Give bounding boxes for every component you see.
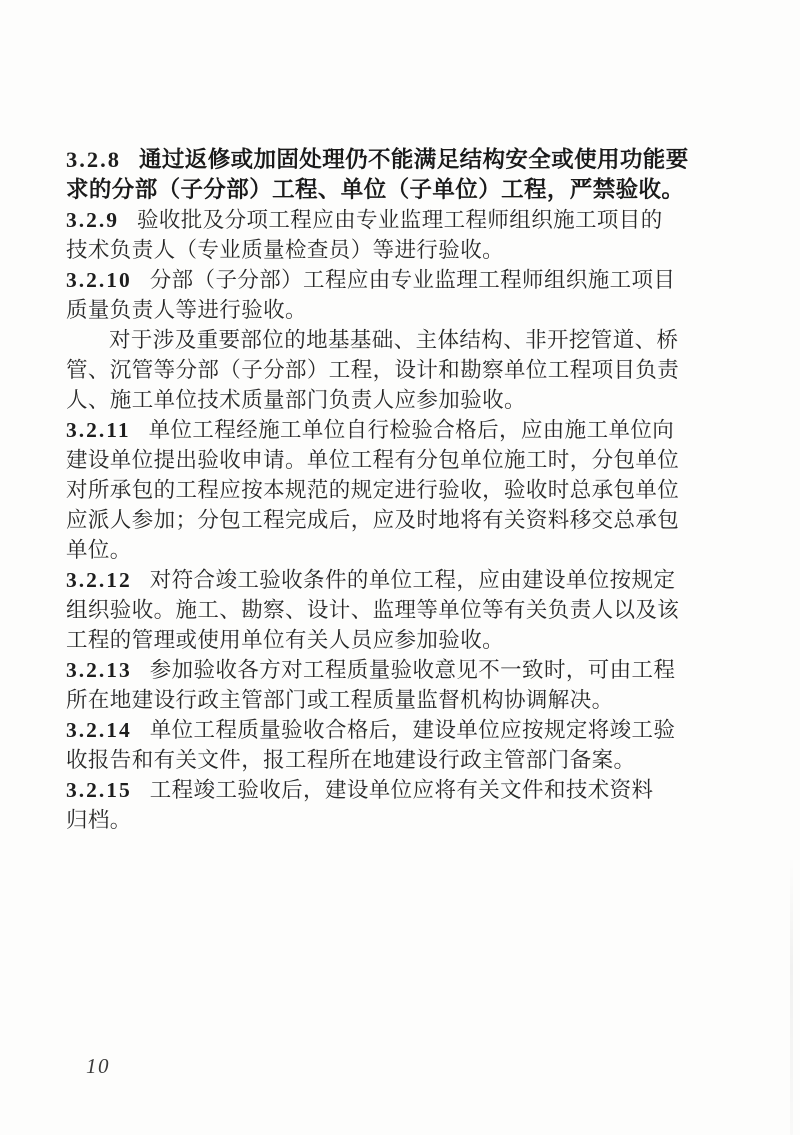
clause-3-2-8-line-2: 求的分部（子分部）工程、单位（子单位）工程，严禁验收。: [66, 175, 650, 205]
clause-text: 组织验收。施工、勘察、设计、监理等单位等有关负责人以及该: [66, 598, 679, 622]
clause-number: 3.2.14: [66, 718, 132, 742]
clause-text: 验收批及分项工程应由专业监理工程师组织施工项目的: [137, 208, 663, 232]
clause-3-2-15-line-1: 3.2.15工程竣工验收后，建设单位应将有关文件和技术资料: [66, 775, 650, 805]
note-paragraph-line-3: 人、施工单位技术质量部门负责人应参加验收。: [66, 385, 650, 415]
clause-text: 单位工程质量验收合格后，建设单位应按规定将竣工验: [150, 718, 676, 742]
clause-text: 参加验收各方对工程质量验收意见不一致时，可由工程: [150, 658, 676, 682]
clause-text: 建设单位提出验收申请。单位工程有分包单位施工时，分包单位: [66, 448, 679, 472]
clause-3-2-11-line-3: 对所承包的工程应按本规范的规定进行验收，验收时总承包单位: [66, 475, 650, 505]
page-number: 10: [86, 1053, 110, 1079]
clause-text: 人、施工单位技术质量部门负责人应参加验收。: [66, 388, 526, 412]
clause-3-2-11-line-4: 应派人参加；分包工程完成后，应及时地将有关资料移交总承包: [66, 505, 650, 535]
clause-3-2-9-line-1: 3.2.9验收批及分项工程应由专业监理工程师组织施工项目的: [66, 205, 650, 235]
note-paragraph-line-2: 管、沉管等分部（子分部）工程，设计和勘察单位工程项目负责: [66, 355, 650, 385]
clause-3-2-11-line-1: 3.2.11单位工程经施工单位自行检验合格后，应由施工单位向: [66, 415, 650, 445]
scan-artifact: [790, 855, 793, 1135]
clause-text: 质量负责人等进行验收。: [66, 298, 307, 322]
clause-text: 应派人参加；分包工程完成后，应及时地将有关资料移交总承包: [66, 508, 679, 532]
clause-3-2-13-line-2: 所在地建设行政主管部门或工程质量监督机构协调解决。: [66, 685, 650, 715]
clause-3-2-11-line-5: 单位。: [66, 535, 650, 565]
clause-text: 工程的管理或使用单位有关人员应参加验收。: [66, 628, 504, 652]
clause-text: 收报告和有关文件，报工程所在地建设行政主管部门备案。: [66, 748, 635, 772]
clause-number: 3.2.15: [66, 778, 132, 802]
clause-text: 所在地建设行政主管部门或工程质量监督机构协调解决。: [66, 688, 614, 712]
clause-3-2-14-line-1: 3.2.14单位工程质量验收合格后，建设单位应按规定将竣工验: [66, 715, 650, 745]
clause-text: 对于涉及重要部位的地基基础、主体结构、非开挖管道、桥: [109, 328, 678, 352]
clause-number: 3.2.13: [66, 658, 132, 682]
clause-text: 单位工程经施工单位自行检验合格后，应由施工单位向: [149, 418, 675, 442]
clause-text: 分部（子分部）工程应由专业监理工程师组织施工项目: [150, 268, 676, 292]
clause-text: 对所承包的工程应按本规范的规定进行验收，验收时总承包单位: [66, 478, 679, 502]
clause-3-2-12-line-1: 3.2.12对符合竣工验收条件的单位工程，应由建设单位按规定: [66, 565, 650, 595]
clause-3-2-14-line-2: 收报告和有关文件，报工程所在地建设行政主管部门备案。: [66, 745, 650, 775]
note-paragraph-line-1: 对于涉及重要部位的地基基础、主体结构、非开挖管道、桥: [66, 325, 650, 355]
clause-3-2-13-line-1: 3.2.13参加验收各方对工程质量验收意见不一致时，可由工程: [66, 655, 650, 685]
clause-3-2-12-line-2: 组织验收。施工、勘察、设计、监理等单位等有关负责人以及该: [66, 595, 650, 625]
clause-text: 通过返修或加固处理仍不能满足结构安全或使用功能要: [139, 147, 689, 172]
clause-text: 对符合竣工验收条件的单位工程，应由建设单位按规定: [150, 568, 676, 592]
clause-3-2-10-line-2: 质量负责人等进行验收。: [66, 295, 650, 325]
clause-text: 技术负责人（专业质量检查员）等进行验收。: [66, 238, 504, 262]
clause-number: 3.2.10: [66, 268, 132, 292]
clause-text: 工程竣工验收后，建设单位应将有关文件和技术资料: [150, 778, 654, 802]
clause-text: 单位。: [66, 538, 132, 562]
clause-3-2-10-line-1: 3.2.10分部（子分部）工程应由专业监理工程师组织施工项目: [66, 265, 650, 295]
clause-3-2-15-line-2: 归档。: [66, 805, 650, 835]
clause-number: 3.2.8: [66, 147, 121, 172]
clause-text-block: 3.2.8通过返修或加固处理仍不能满足结构安全或使用功能要 求的分部（子分部）工…: [66, 145, 650, 835]
clause-3-2-9-line-2: 技术负责人（专业质量检查员）等进行验收。: [66, 235, 650, 265]
clause-text: 求的分部（子分部）工程、单位（子单位）工程，严禁验收。: [66, 177, 684, 202]
clause-text: 管、沉管等分部（子分部）工程，设计和勘察单位工程项目负责: [66, 358, 679, 382]
clause-3-2-8-line-1: 3.2.8通过返修或加固处理仍不能满足结构安全或使用功能要: [66, 145, 650, 175]
clause-3-2-11-line-2: 建设单位提出验收申请。单位工程有分包单位施工时，分包单位: [66, 445, 650, 475]
clause-number: 3.2.11: [66, 418, 131, 442]
clause-3-2-12-line-3: 工程的管理或使用单位有关人员应参加验收。: [66, 625, 650, 655]
clause-number: 3.2.9: [66, 208, 119, 232]
clause-number: 3.2.12: [66, 568, 132, 592]
document-page: 3.2.8通过返修或加固处理仍不能满足结构安全或使用功能要 求的分部（子分部）工…: [0, 0, 800, 1135]
clause-text: 归档。: [66, 808, 132, 832]
